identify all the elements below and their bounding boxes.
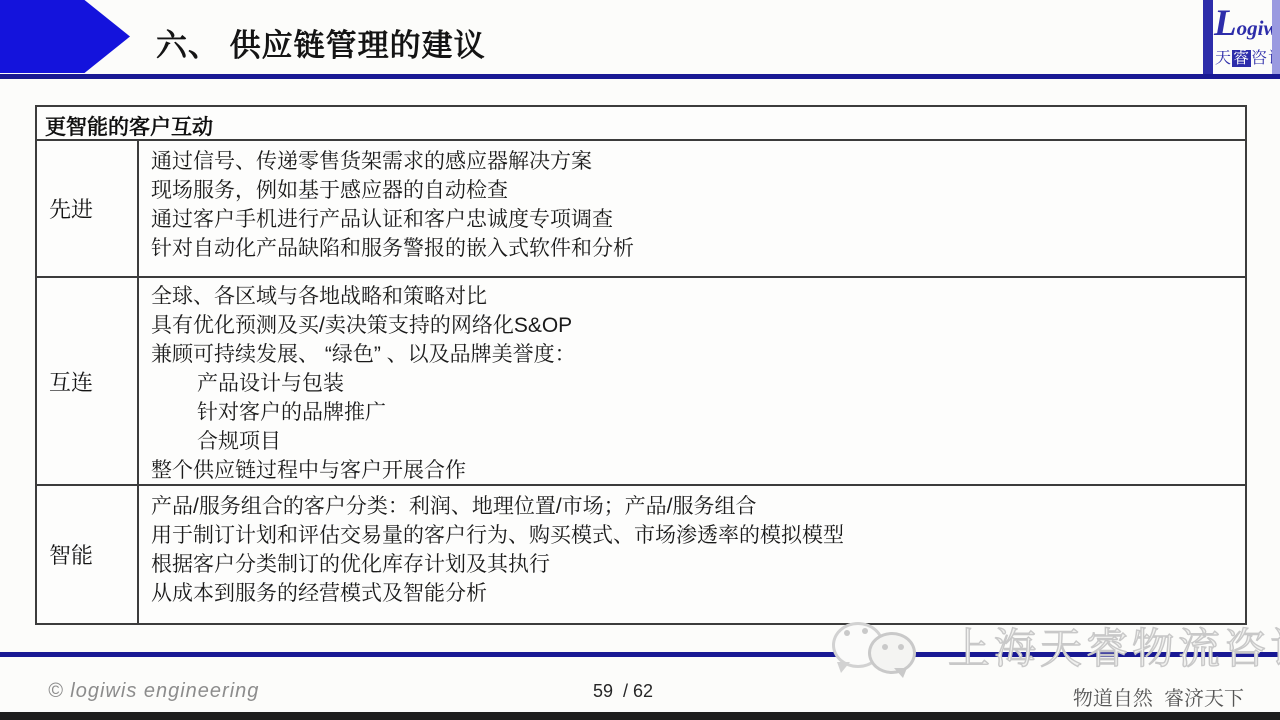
content-line: 通过信号、传递零售货架需求的感应器解决方案 — [151, 147, 1245, 176]
content-line: 整个供应链过程中与客户开展合作 — [151, 456, 1245, 485]
slide-page: { "header": { "title": "六、 供应链管理的建议", "l… — [0, 0, 1280, 720]
logiwis-logo: Logiwis — [1214, 2, 1280, 45]
content-line: 通过客户手机进行产品认证和客户忠诚度专项调查 — [151, 205, 1245, 234]
row-content-smart: 产品/服务组合的客户分类：利润、地理位置/市场；产品/服务组合 用于制订计划和评… — [139, 486, 1245, 623]
row-content-connected: 全球、各区域与各地战略和策略对比 具有优化预测及买/卖决策支持的网络化S&OP … — [139, 278, 1245, 484]
content-line: 用于制订计划和评估交易量的客户行为、购买模式、市场渗透率的模拟模型 — [151, 521, 1245, 550]
footer-slogan: 物道自然 睿济天下 — [1073, 682, 1244, 711]
content-line-indented: 产品设计与包装 — [151, 369, 1245, 398]
content-table: 更智能的客户互动 先进 通过信号、传递零售货架需求的感应器解决方案 现场服务，例… — [35, 105, 1247, 625]
header-divider-line — [0, 74, 1280, 79]
content-line-indented: 针对客户的品牌推广 — [151, 398, 1245, 427]
content-line: 具有优化预测及买/卖决策支持的网络化S&OP — [151, 311, 1245, 340]
page-title: 六、 供应链管理的建议 — [156, 20, 486, 65]
bubble-eye — [898, 644, 904, 650]
content-line: 根据客户分类制订的优化库存计划及其执行 — [151, 550, 1245, 579]
logo-sub-highlight: 睿 — [1232, 50, 1251, 67]
table-row-advanced: 先进 通过信号、传递零售货架需求的感应器解决方案 现场服务，例如基于感应器的自动… — [37, 141, 1245, 278]
row-label-connected: 互连 — [37, 278, 139, 484]
content-line: 产品/服务组合的客户分类：利润、地理位置/市场；产品/服务组合 — [151, 492, 1245, 521]
footer-page-number: 59 / 62 — [593, 681, 653, 702]
table-row-connected: 互连 全球、各区域与各地战略和策略对比 具有优化预测及买/卖决策支持的网络化S&… — [37, 278, 1245, 486]
watermark-text: 上海天睿物流咨询 — [948, 616, 1280, 676]
row-content-advanced: 通过信号、传递零售货架需求的感应器解决方案 现场服务，例如基于感应器的自动检查 … — [139, 141, 1245, 276]
table-row-smart: 智能 产品/服务组合的客户分类：利润、地理位置/市场；产品/服务组合 用于制订计… — [37, 486, 1245, 623]
row-label-smart: 智能 — [37, 486, 139, 623]
content-line: 现场服务，例如基于感应器的自动检查 — [151, 176, 1245, 205]
bubble-eye — [862, 628, 868, 634]
row-label-advanced: 先进 — [37, 141, 139, 276]
logo-right-bar — [1272, 0, 1280, 74]
watermark: 上海天睿物流咨询 — [830, 616, 1280, 676]
content-line: 全球、各区域与各地战略和策略对比 — [151, 282, 1245, 311]
content-line: 兼顾可持续发展、 “绿色” 、以及品牌美誉度： — [151, 340, 1245, 369]
logo-subtitle: 天睿咨询 — [1215, 45, 1280, 68]
content-line: 针对自动化产品缺陷和服务警报的嵌入式软件和分析 — [151, 234, 1245, 263]
chat-bubble-small — [868, 632, 916, 674]
table-title: 更智能的客户互动 — [37, 107, 1245, 141]
header-arrow-shape — [0, 0, 130, 73]
logo-left-bar — [1203, 0, 1213, 74]
bubble-eye — [844, 630, 850, 636]
logo-initial: L — [1214, 3, 1237, 44]
bubble-eye — [882, 644, 888, 650]
content-line-indented: 合规项目 — [151, 427, 1245, 456]
content-line: 从成本到服务的经营模式及智能分析 — [151, 579, 1245, 608]
chat-bubbles-icon — [830, 618, 948, 674]
footer-copyright: © logiwis engineering — [48, 680, 259, 703]
logo-sub-prefix: 天 — [1215, 50, 1232, 67]
bottom-edge-bar — [0, 712, 1280, 720]
